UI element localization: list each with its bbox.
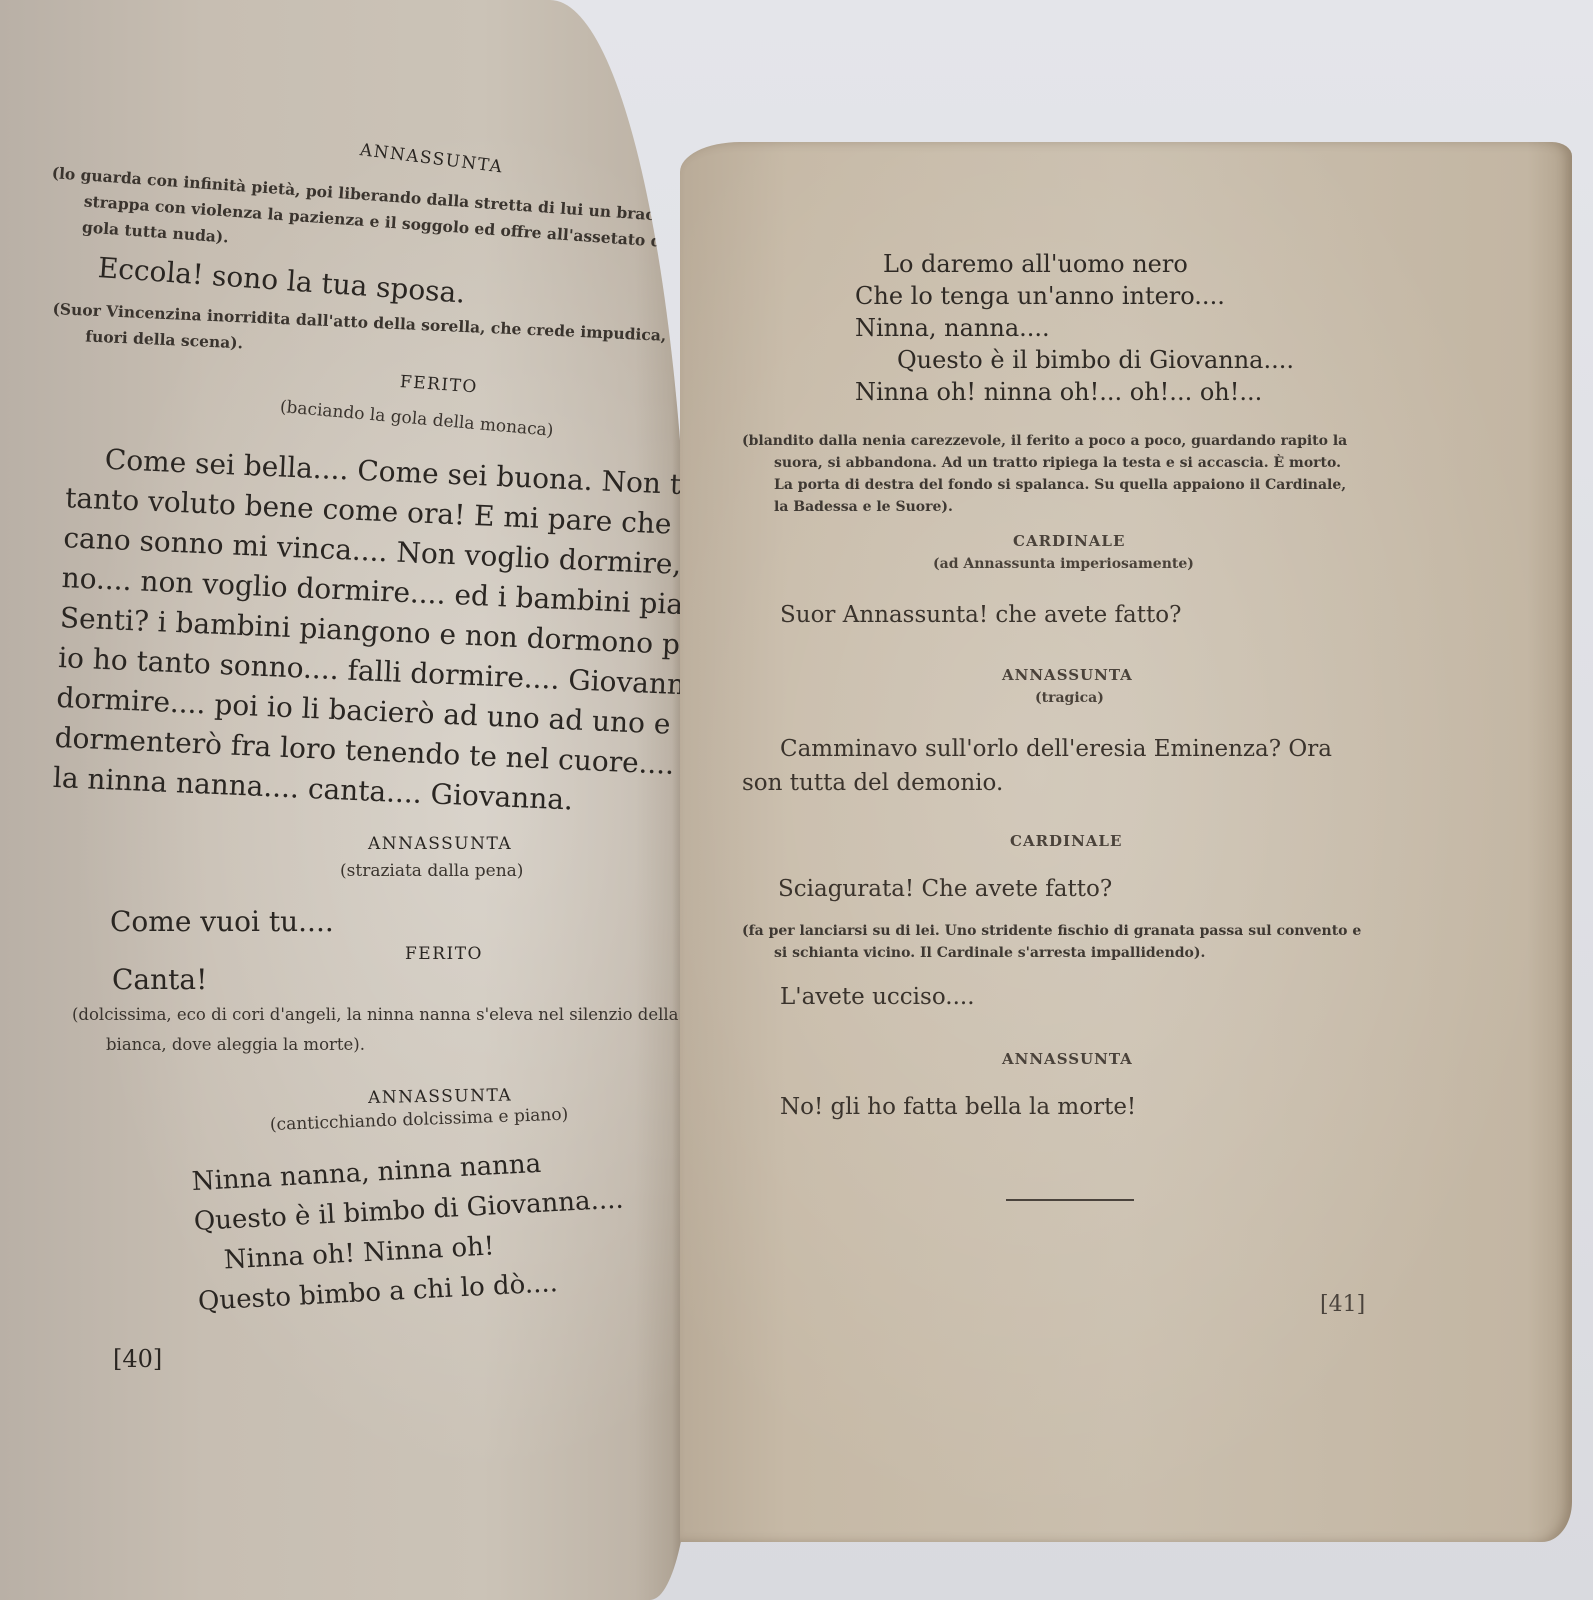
verse-line: Che lo tenga un'anno intero....: [855, 280, 1294, 312]
dialog-line: Suor Annassunta! che avete fatto?: [780, 598, 1181, 632]
speaker-label: CARDINALE: [1010, 832, 1122, 850]
speaker-label: ANNASSUNTA: [359, 140, 505, 177]
speaker-label: FERITO: [399, 372, 478, 397]
stage-line: si schianta vicino. Il Cardinale s'arres…: [742, 942, 1361, 964]
direction-text: (straziata dalla pena): [340, 858, 523, 884]
stage-line: La porta di destra del fondo si spalanca…: [742, 474, 1347, 496]
lullaby-verse: Lo daremo all'uomo nero Che lo tenga un'…: [855, 248, 1294, 408]
stage-direction: (fa per lanciarsi su di lei. Uno striden…: [742, 920, 1361, 964]
right-page: Lo daremo all'uomo nero Che lo tenga un'…: [680, 142, 1572, 1542]
lullaby-verse: Ninna nanna, ninna nanna Questo è il bim…: [191, 1140, 629, 1322]
direction-text: (baciando la gola della monaca): [279, 394, 555, 444]
dialog-paragraph: Come sei bella.... Come sei buona. Non t…: [52, 438, 690, 832]
stage-direction: (blandito dalla nenia carezzevole, il fe…: [742, 430, 1347, 518]
dialog-line: L'avete ucciso....: [780, 980, 975, 1014]
dialog-line: son tutta del demonio.: [742, 766, 1332, 800]
speaker-label: ANNASSUNTA: [1002, 666, 1133, 684]
dialog-line: Sciagurata! Che avete fatto?: [778, 872, 1112, 906]
speaker-label: ANNASSUNTA: [1002, 1050, 1133, 1068]
direction-text: (ad Annassunta imperiosamente): [933, 556, 1194, 572]
stage-line: (fa per lanciarsi su di lei. Uno striden…: [742, 923, 1361, 939]
speaker-label: CARDINALE: [1013, 532, 1125, 550]
dialog-line: No! gli ho fatta bella la morte!: [780, 1090, 1136, 1124]
dialog-paragraph: Camminavo sull'orlo dell'eresia Eminenza…: [742, 732, 1332, 800]
direction-text: (tragica): [1035, 690, 1104, 706]
end-of-act-rule: [1006, 1199, 1134, 1201]
verse-line: Questo è il bimbo di Giovanna....: [855, 344, 1294, 376]
dialog-line: Camminavo sull'orlo dell'eresia Eminenza…: [742, 732, 1332, 766]
stage-line: la Badessa e le Suore).: [742, 496, 1347, 518]
stage-direction: (Suor Vincenzina inorridita dall'atto de…: [51, 296, 690, 379]
page-number: [40]: [113, 1345, 162, 1373]
stage-line: bianca, dove aleggia la morte).: [72, 1030, 690, 1060]
left-page: ANNASSUNTA (lo guarda con infinità pietà…: [0, 0, 690, 1600]
dialog-line: Come vuoi tu....: [110, 902, 334, 942]
speaker-label: ANNASSUNTA: [368, 834, 512, 854]
verse-line: Lo daremo all'uomo nero: [855, 248, 1294, 280]
verse-line: Ninna, nanna....: [855, 312, 1294, 344]
stage-line: (blandito dalla nenia carezzevole, il fe…: [742, 433, 1347, 449]
stage-line: (dolcissima, eco di cori d'angeli, la ni…: [72, 1005, 690, 1024]
dialog-line: Canta!: [112, 960, 207, 1000]
stage-line: suora, si abbandona. Ad un tratto ripieg…: [742, 452, 1347, 474]
verse-line: Ninna oh! ninna oh!... oh!... oh!...: [855, 376, 1294, 408]
page-number: [41]: [1320, 1292, 1365, 1317]
speaker-label: FERITO: [405, 944, 483, 964]
direction-text: (canticchiando dolcissima e piano): [270, 1102, 569, 1138]
stage-direction: (dolcissima, eco di cori d'angeli, la ni…: [72, 1000, 690, 1060]
